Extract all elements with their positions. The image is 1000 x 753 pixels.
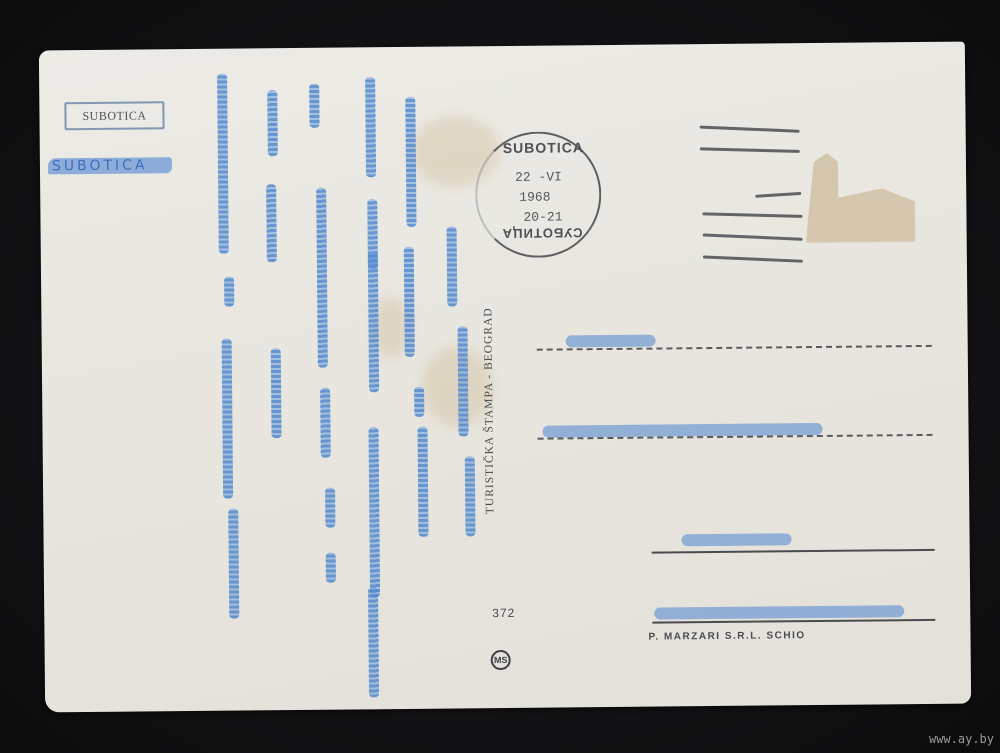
postmark-top-text: SUBOTICA	[503, 139, 584, 156]
postmark: SUBOTICA 22 -VI 1968 20-21 СУБОТИЦА	[475, 131, 602, 258]
postmark-date: 22 -VI	[515, 169, 562, 184]
postmark-year: 1968	[519, 190, 550, 205]
place-label-box: SUBOTICA	[64, 101, 164, 130]
postcard-back: SUBOTICA SUBOTICA TURISTIČKA ŠTAMPA - BE…	[39, 42, 971, 713]
card-number: 372	[492, 606, 515, 620]
handwritten-message	[39, 42, 965, 51]
address-area	[39, 42, 965, 51]
removed-stamp-stain	[805, 152, 916, 243]
postmark-time: 20-21	[523, 209, 562, 224]
handwritten-place: SUBOTICA	[48, 157, 172, 174]
ms-monogram-icon: MS	[491, 650, 511, 670]
wavy-cancellation	[39, 42, 965, 51]
publisher-vertical-text: TURISTIČKA ŠTAMPA - BEOGRAD	[482, 307, 496, 514]
place-label: SUBOTICA	[82, 108, 146, 124]
watermark: www.ay.by	[929, 732, 994, 746]
postmark-bottom-text: СУБОТИЦА	[502, 225, 583, 241]
printer-credit: P. MARZARI S.R.L. SCHIO	[648, 630, 805, 643]
